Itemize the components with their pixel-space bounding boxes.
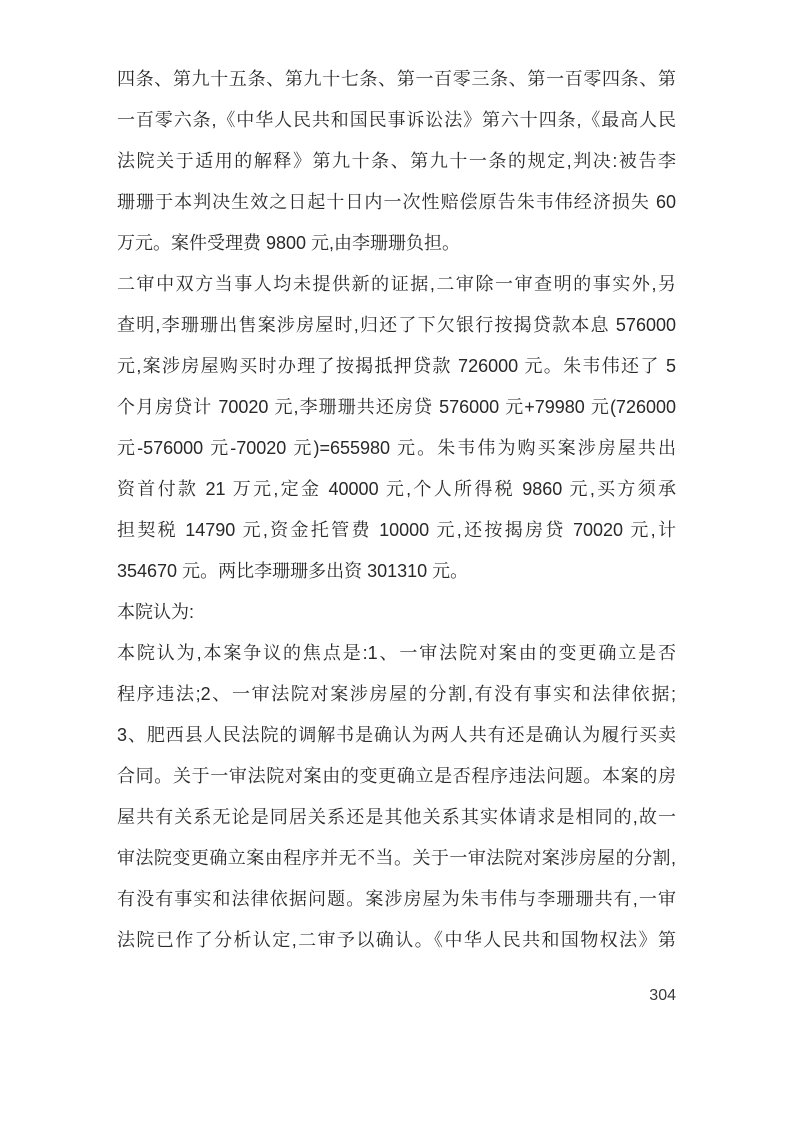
text-line: 本院认为,本案争议的焦点是:1、一审法院对案由的变更确立是否 — [117, 633, 676, 674]
text-line: 查明,李珊珊出售案涉房屋时,归还了下欠银行按揭贷款本息 576000 — [117, 305, 676, 346]
text-line: 有没有事实和法律依据问题。案涉房屋为朱韦伟与李珊珊共有,一审 — [117, 879, 676, 920]
text-line: 四条、第九十五条、第九十七条、第一百零三条、第一百零四条、第 — [117, 59, 676, 100]
text-line: 程序违法;2、一审法院对案涉房屋的分割,有没有事实和法律依据; — [117, 674, 676, 715]
text-line: 本院认为: — [117, 592, 676, 633]
text-line: 万元。案件受理费 9800 元,由李珊珊负担。 — [117, 223, 676, 264]
text-line: 珊珊于本判决生效之日起十日内一次性赔偿原告朱韦伟经济损失 60 — [117, 182, 676, 223]
text-line: 二审中双方当事人均未提供新的证据,二审除一审查明的事实外,另 — [117, 264, 676, 305]
document-body-text: 四条、第九十五条、第九十七条、第一百零三条、第一百零四条、第 一百零六条,《中华… — [117, 59, 676, 961]
text-line: 资首付款 21 万元,定金 40000 元,个人所得税 9860 元,买方须承 — [117, 469, 676, 510]
text-line: 一百零六条,《中华人民共和国民事诉讼法》第六十四条,《最高人民 — [117, 100, 676, 141]
page-number: 304 — [649, 986, 676, 1006]
text-line: 354670 元。两比李珊珊多出资 301310 元。 — [117, 551, 676, 592]
text-line: 担契税 14790 元,资金托管费 10000 元,还按揭房贷 70020 元,… — [117, 510, 676, 551]
text-line: 3、肥西县人民法院的调解书是确认为两人共有还是确认为履行买卖 — [117, 715, 676, 756]
text-line: 元-576000 元-70020 元)=655980 元。朱韦伟为购买案涉房屋共… — [117, 428, 676, 469]
text-line: 审法院变更确立案由程序并无不当。关于一审法院对案涉房屋的分割, — [117, 838, 676, 879]
text-line: 个月房贷计 70020 元,李珊珊共还房贷 576000 元+79980 元(7… — [117, 387, 676, 428]
text-line: 法院关于适用的解释》第九十条、第九十一条的规定,判决:被告李 — [117, 141, 676, 182]
document-page: 四条、第九十五条、第九十七条、第一百零三条、第一百零四条、第 一百零六条,《中华… — [0, 0, 793, 1122]
text-line: 法院已作了分析认定,二审予以确认。《中华人民共和国物权法》第 — [117, 920, 676, 961]
text-line: 合同。关于一审法院对案由的变更确立是否程序违法问题。本案的房 — [117, 756, 676, 797]
text-line: 元,案涉房屋购买时办理了按揭抵押贷款 726000 元。朱韦伟还了 5 — [117, 346, 676, 387]
text-line: 屋共有关系无论是同居关系还是其他关系其实体请求是相同的,故一 — [117, 797, 676, 838]
